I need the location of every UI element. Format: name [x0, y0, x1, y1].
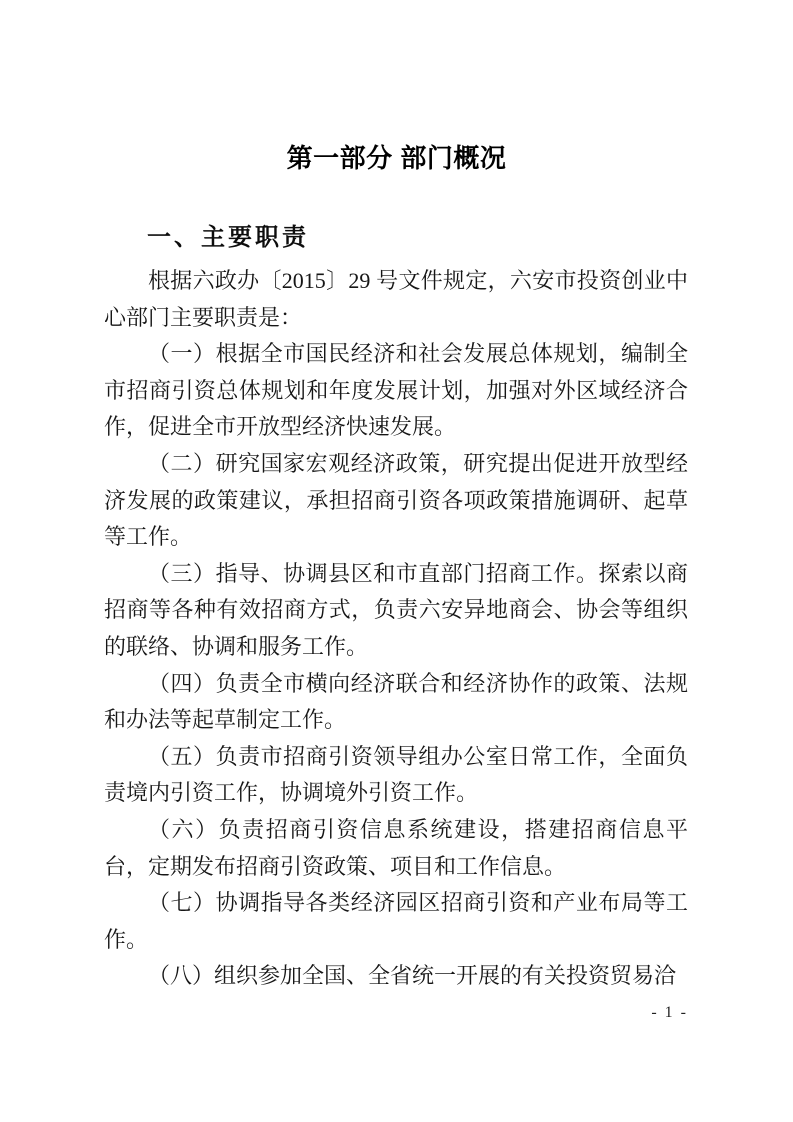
section-heading: 一、主要职责 [147, 224, 309, 252]
paragraph-item-3: （三）指导、协调县区和市直部门招商工作。探索以商招商等各种有效招商方式，负责六安… [104, 556, 688, 666]
paragraph-item-2: （二）研究国家宏观经济政策，研究提出促进开放型经济发展的政策建议，承担招商引资各… [104, 446, 688, 556]
document-body: 根据六政办〔2015〕29 号文件规定，六安市投资创业中心部门主要职责是： （一… [104, 263, 688, 995]
paragraph-intro: 根据六政办〔2015〕29 号文件规定，六安市投资创业中心部门主要职责是： [104, 263, 688, 336]
paragraph-item-4: （四）负责全市横向经济联合和经济协作的政策、法规和办法等起草制定工作。 [104, 666, 688, 739]
document-title: 第一部分 部门概况 [0, 143, 793, 173]
paragraph-item-7: （七）协调指导各类经济园区招商引资和产业布局等工作。 [104, 885, 688, 958]
document-page: 第一部分 部门概况 一、主要职责 根据六政办〔2015〕29 号文件规定，六安市… [0, 0, 793, 1122]
paragraph-item-8: （八）组织参加全国、全省统一开展的有关投资贸易洽 [104, 958, 688, 995]
page-number: - 1 - [651, 1003, 688, 1023]
paragraph-item-5: （五）负责市招商引资领导组办公室日常工作，全面负责境内引资工作，协调境外引资工作… [104, 739, 688, 812]
paragraph-item-1: （一）根据全市国民经济和社会发展总体规划，编制全市招商引资总体规划和年度发展计划… [104, 336, 688, 446]
paragraph-item-6: （六）负责招商引资信息系统建设，搭建招商信息平台，定期发布招商引资政策、项目和工… [104, 812, 688, 885]
